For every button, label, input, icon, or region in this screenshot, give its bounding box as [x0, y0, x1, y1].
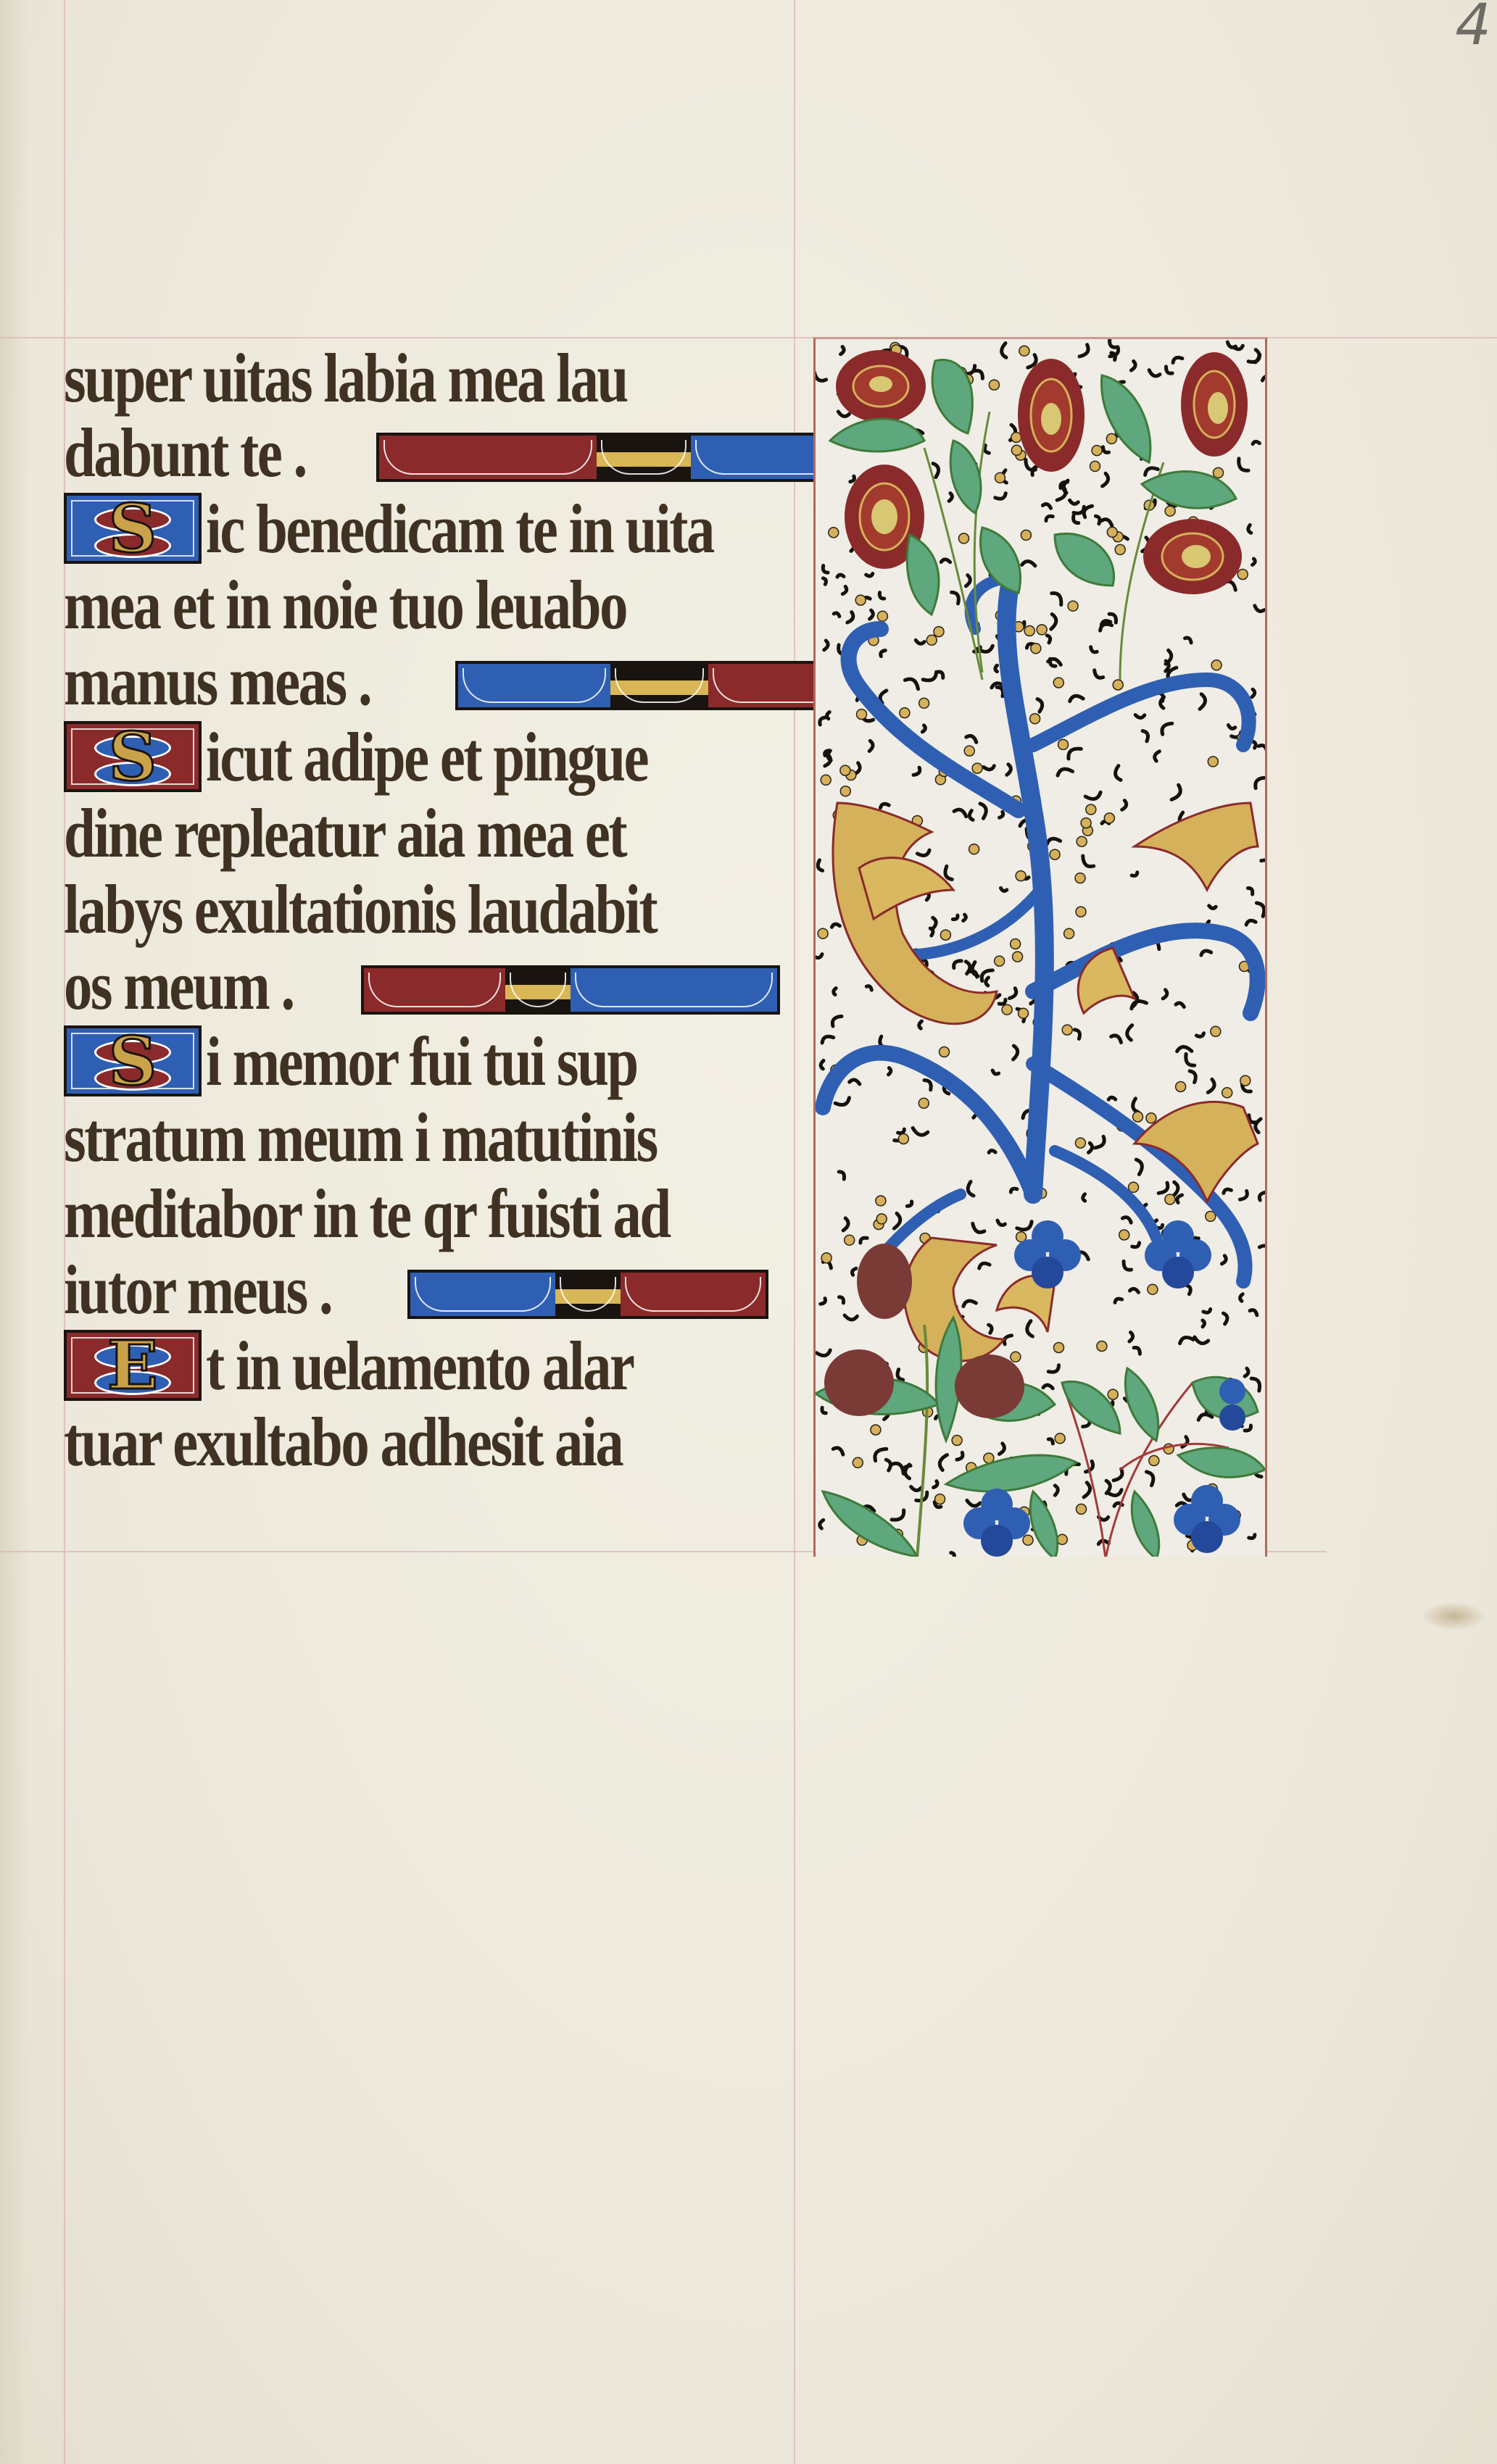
initial-letter: E — [107, 1336, 158, 1394]
filler-segment — [621, 1273, 766, 1316]
text-line: iutor meus . — [64, 1249, 768, 1325]
page-gutter-shadow — [0, 0, 29, 2464]
filler-segment — [555, 1273, 621, 1316]
line-filler-scallop-red-blue — [376, 433, 890, 482]
text-line: stratum meum i matutinis — [64, 1096, 787, 1173]
line-filler-chain-red-blue — [361, 965, 780, 1015]
gothic-text: i memor fui tui sup — [206, 1027, 637, 1096]
decorated-border — [813, 337, 1267, 1557]
text-line: os meum . — [64, 944, 780, 1020]
gothic-text: os meum . — [64, 951, 294, 1020]
text-line: labys exultationis laudabit — [64, 868, 787, 944]
gothic-text: iutor meus . — [64, 1255, 331, 1325]
gothic-text: ic benedicam te in uita — [206, 494, 713, 564]
illuminated-initial: S — [64, 493, 202, 564]
text-line: manus meas . — [64, 640, 849, 716]
gothic-text: icut adipe et pingue — [206, 723, 647, 792]
filler-segment — [458, 664, 610, 707]
line-filler-wave-blue-red — [407, 1270, 768, 1319]
initial-letter: S — [109, 1032, 157, 1090]
gothic-text: meditabor in te qr fuisti ad — [64, 1179, 670, 1249]
text-line: Sic benedicam te in uita — [64, 488, 825, 564]
initial-letter: S — [109, 728, 157, 786]
gothic-text: dabunt te . — [64, 418, 306, 488]
gothic-text: dine repleatur aia mea et — [64, 799, 626, 868]
text-line: dabunt te . — [64, 412, 890, 488]
illuminated-initial: S — [64, 1025, 202, 1096]
gothic-text: mea et in noie tuo leuabo — [64, 570, 626, 640]
text-line: Sicut adipe et pingue — [64, 716, 745, 792]
illuminated-initial: S — [64, 721, 202, 792]
border-ornament — [816, 339, 1267, 1557]
text-line: dine repleatur aia mea et — [64, 792, 749, 868]
text-block: super uitas labia mea laudabunt te .Sic … — [64, 337, 797, 1554]
text-line: Et in uelamento alar — [64, 1325, 727, 1401]
gothic-text: labys exultationis laudabit — [64, 875, 656, 944]
gothic-text: manus meas . — [64, 646, 370, 716]
line-filler-zigzag-blue-red — [455, 661, 849, 710]
gothic-text: t in uelamento alar — [206, 1331, 634, 1401]
text-line: meditabor in te qr fuisti ad — [64, 1173, 803, 1249]
filler-segment — [597, 436, 691, 479]
filler-segment — [379, 436, 597, 479]
initial-letter: S — [109, 499, 157, 557]
filler-segment — [571, 968, 777, 1012]
text-line: mea et in noie tuo leuabo — [64, 564, 750, 640]
filler-segment — [364, 968, 505, 1012]
text-line: tuar exultabo adhesit aia — [64, 1401, 745, 1477]
gothic-text: stratum meum i matutinis — [64, 1103, 657, 1173]
text-line: super uitas labia mea lau — [64, 337, 750, 413]
filler-segment — [610, 664, 708, 707]
gothic-text: super uitas labia mea lau — [64, 344, 627, 413]
illuminated-initial: E — [64, 1330, 202, 1401]
gothic-text: tuar exultabo adhesit aia — [64, 1407, 622, 1477]
text-line: Si memor fui tui sup — [64, 1020, 731, 1096]
filler-segment — [505, 968, 571, 1012]
margin-stain — [1421, 1602, 1486, 1631]
filler-segment — [410, 1273, 555, 1316]
folio-number: 4 — [1455, 0, 1491, 58]
